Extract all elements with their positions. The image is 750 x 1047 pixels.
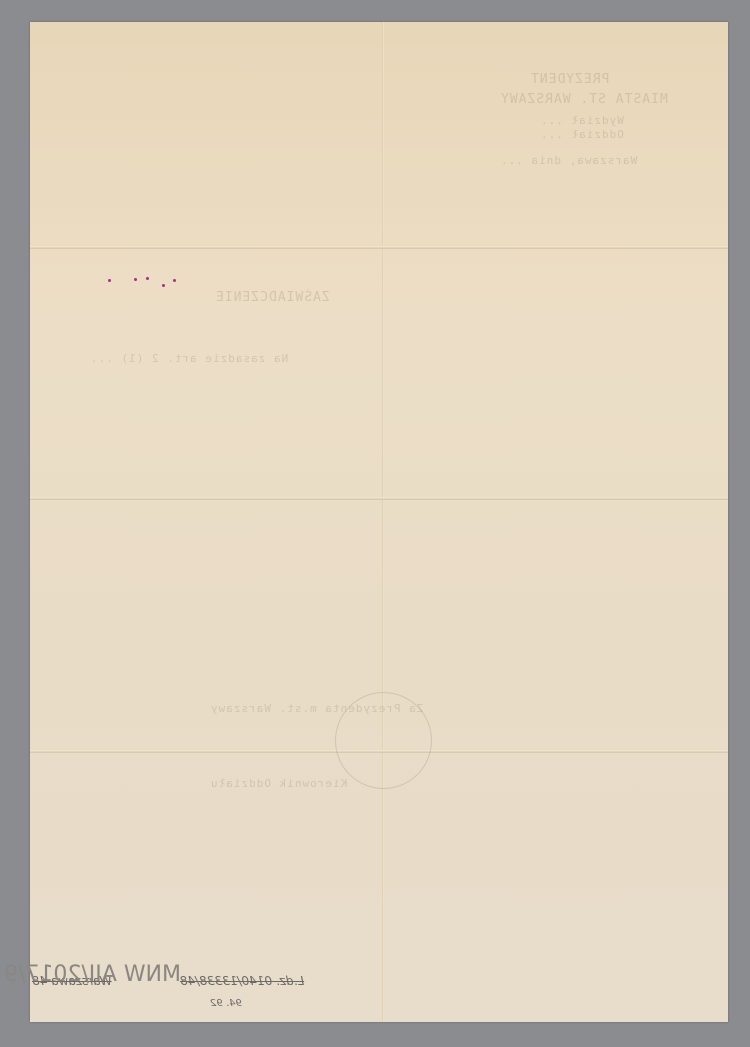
body-ghost: Na zasadzie art. 2 (1) ... <box>90 352 288 365</box>
inventory-number: MNW AII/2017/9 <box>4 962 181 987</box>
ink-stain <box>162 284 165 287</box>
document-page: PREZYDENT MIASTA ST. WARSZAWY Wydział ..… <box>30 22 728 1022</box>
heading-ghost: ZAŚWIADCZENIE <box>215 290 330 305</box>
ink-stain <box>146 277 149 280</box>
ink-stain <box>108 279 111 282</box>
footer-ghost: Kierownik Oddziału <box>210 777 347 790</box>
letterhead-line: Warszawa, dnia ... <box>500 154 637 167</box>
stamp-ghost <box>335 692 432 789</box>
vertical-fold <box>382 22 384 1022</box>
horizontal-fold-1 <box>30 246 728 249</box>
letterhead-line: Wydział ... <box>540 114 624 127</box>
ink-stain <box>173 279 176 282</box>
ink-stain <box>134 278 137 281</box>
letterhead-line: MIASTA ST. WARSZAWY <box>500 92 668 107</box>
horizontal-fold-2 <box>30 497 728 500</box>
letterhead-line: PREZYDENT <box>530 72 609 87</box>
pencil-registry-number: L.dz. 0140/13338/48 <box>180 974 304 988</box>
pencil-note: 94. 92 <box>210 998 242 1009</box>
letterhead-line: Oddział ... <box>540 128 624 141</box>
